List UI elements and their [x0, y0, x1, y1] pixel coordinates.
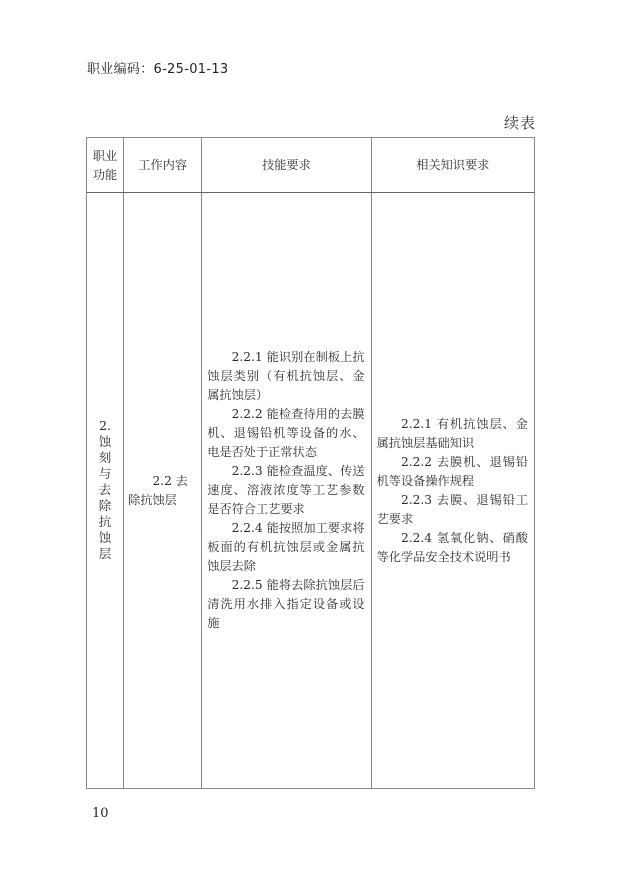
knowledge-item: 2.2.3 去膜、退锡铅工艺要求	[377, 491, 528, 529]
skill-item: 2.2.3 能检查温度、传送速度、溶液浓度等工艺参数是否符合工艺要求	[207, 462, 364, 519]
knowledge-requirements-cell: 2.2.1 有机抗蚀层、金属抗蚀层基础知识 2.2.2 去膜机、退锡铅机等设备操…	[371, 193, 534, 789]
function-number: 2.	[99, 418, 111, 433]
header-function-line1: 职业	[87, 147, 123, 166]
page-number: 10	[92, 806, 109, 821]
header-occupational-function: 职业 功能	[87, 138, 124, 193]
skill-item: 2.2.4 能按照加工要求将板面的有机抗蚀层或金属抗蚀层去除	[207, 519, 364, 576]
continued-table-label: 续表	[504, 112, 536, 133]
knowledge-item: 2.2.2 去膜机、退锡铅机等设备操作规程	[377, 453, 528, 491]
knowledge-item: 2.2.1 有机抗蚀层、金属抗蚀层基础知识	[377, 415, 528, 453]
header-function-line2: 功能	[87, 166, 123, 185]
skill-requirements-table: 职业 功能 工作内容 技能要求 相关知识要求 2. 蚀刻与去除抗蚀层 2.2 去…	[86, 137, 535, 789]
occupation-code: 职业编码：6-25-01-13	[87, 58, 228, 77]
knowledge-item: 2.2.4 氢氧化钠、硝酸等化学品安全技术说明书	[377, 529, 528, 567]
function-name: 蚀刻与去除抗蚀层	[99, 434, 112, 561]
skill-requirements-cell: 2.2.1 能识别在制板上抗蚀层类别（有机抗蚀层、金属抗蚀层） 2.2.2 能检…	[202, 193, 371, 789]
skill-item: 2.2.5 能将去除抗蚀层后清洗用水排入指定设备或设施	[207, 576, 364, 633]
skill-item: 2.2.2 能检查待用的去膜机、退锡铅机等设备的水、电是否处于正常状态	[207, 405, 364, 462]
skill-item: 2.2.1 能识别在制板上抗蚀层类别（有机抗蚀层、金属抗蚀层）	[207, 348, 364, 405]
table-row: 2. 蚀刻与去除抗蚀层 2.2 去除抗蚀层 2.2.1 能识别在制板上抗蚀层类别…	[87, 193, 535, 789]
work-content-text: 2.2 去除抗蚀层	[128, 472, 197, 510]
table-header-row: 职业 功能 工作内容 技能要求 相关知识要求	[87, 138, 535, 193]
header-skill-requirements: 技能要求	[202, 138, 371, 193]
function-vertical-text: 2. 蚀刻与去除抗蚀层	[98, 418, 112, 562]
header-knowledge-requirements: 相关知识要求	[371, 138, 534, 193]
header-work-content: 工作内容	[124, 138, 202, 193]
occupational-function-cell: 2. 蚀刻与去除抗蚀层	[87, 193, 124, 789]
work-content-cell: 2.2 去除抗蚀层	[124, 193, 202, 789]
